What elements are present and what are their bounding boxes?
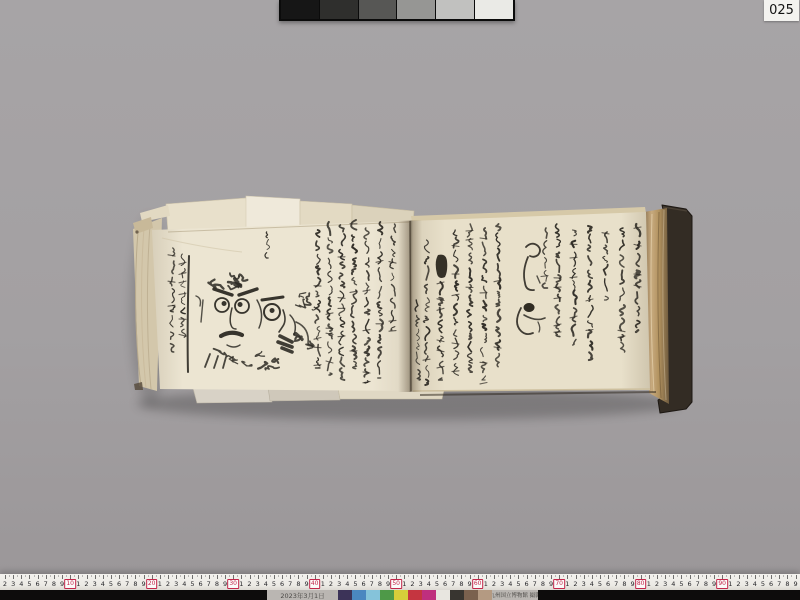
ruler-tick [172, 575, 173, 577]
ruler-tick [307, 575, 308, 579]
ruler-tick [771, 575, 772, 579]
ruler-tick [779, 575, 780, 579]
ruler-tick [347, 575, 348, 579]
ruler-tick [372, 575, 373, 579]
ruler-tick [433, 575, 434, 577]
ruler-tick [633, 575, 634, 579]
ruler-tick [160, 575, 161, 579]
ruler-number: 3 [337, 580, 341, 588]
ruler-number: 6 [443, 580, 447, 588]
ruler-decade-number: 40 [309, 579, 321, 589]
ruler-tick [217, 575, 218, 579]
ruler-tick [50, 575, 51, 577]
ruler-decade-number: 20 [146, 579, 158, 589]
ink-stroke [314, 347, 321, 348]
ruler-tick [343, 575, 344, 577]
ruler-tick [775, 575, 776, 577]
ruler-number: 3 [745, 580, 749, 588]
ruler-tick [46, 575, 47, 579]
color-patch [478, 590, 492, 600]
ruler-tick [87, 575, 88, 579]
color-patch [380, 590, 394, 600]
ruler-tick [274, 575, 275, 579]
ink-stroke [466, 231, 473, 232]
ruler-tick [417, 575, 418, 577]
photo-ruler: 2345678910123456789201234567893012345678… [0, 574, 800, 591]
ruler-tick [596, 575, 597, 577]
ruler-number: 1 [402, 580, 406, 588]
ruler-number: 4 [264, 580, 268, 588]
ruler-tick [645, 575, 646, 577]
ruler-tick [796, 575, 797, 579]
ruler-tick [571, 575, 572, 577]
ruler-tick [400, 575, 401, 577]
credit-label: 九州国立博物館 撮影 [492, 590, 538, 600]
ruler-tick [759, 575, 760, 577]
ruler-tick [66, 575, 67, 577]
ruler-tick [311, 575, 312, 577]
ruler-tick [474, 575, 475, 577]
ruler-number: 4 [19, 580, 23, 588]
ruler-number: 6 [688, 580, 692, 588]
ruler-number: 4 [345, 580, 349, 588]
color-patch [408, 590, 422, 600]
ruler-tick [734, 575, 735, 577]
ruler-tick [201, 575, 202, 579]
ruler-tick [95, 575, 96, 579]
ruler-number: 6 [362, 580, 366, 588]
ruler-tick [229, 575, 230, 577]
ruler-tick [490, 575, 491, 577]
ruler-tick [99, 575, 100, 577]
color-patch [366, 590, 380, 600]
ruler-tick [514, 575, 515, 577]
ruler-number: 1 [158, 580, 162, 588]
ruler-tick [74, 575, 75, 577]
ruler-tick [616, 575, 617, 579]
ruler-tick [718, 575, 719, 577]
ruler-number: 5 [109, 580, 113, 588]
ink-stroke [314, 365, 321, 366]
ruler-tick [384, 575, 385, 577]
ruler-tick [180, 575, 181, 577]
ruler-number: 7 [451, 580, 455, 588]
ruler-tick [286, 575, 287, 577]
ruler-tick [482, 575, 483, 577]
ruler-number: 3 [500, 580, 504, 588]
ruler-number: 7 [288, 580, 292, 588]
ruler-number: 3 [93, 580, 97, 588]
ruler-tick [368, 575, 369, 577]
ruler-number: 2 [166, 580, 170, 588]
ruler-tick [543, 575, 544, 579]
ruler-tick [649, 575, 650, 579]
ruler-tick [323, 575, 324, 579]
ruler-tick [17, 575, 18, 577]
ruler-tick [441, 575, 442, 577]
ruler-number: 9 [793, 580, 797, 588]
ruler-tick [539, 575, 540, 577]
ruler-tick [465, 575, 466, 577]
ruler-decade-number: 70 [553, 579, 565, 589]
ruler-tick [254, 575, 255, 577]
ruler-tick [298, 575, 299, 579]
ruler-tick [139, 575, 140, 577]
ruler-decade-number: 30 [227, 579, 239, 589]
right-page-shading [409, 212, 650, 391]
ruler-tick [290, 575, 291, 579]
ruler-tick [690, 575, 691, 579]
ruler-tick [103, 575, 104, 579]
ruler-tick [221, 575, 222, 577]
ruler-tick [547, 575, 548, 577]
ruler-number: 6 [606, 580, 610, 588]
ruler-tick [755, 575, 756, 579]
ruler-tick [518, 575, 519, 579]
ruler-tick [34, 575, 35, 577]
ruler-tick [82, 575, 83, 577]
ruler-tick [184, 575, 185, 579]
ruler-number: 1 [239, 580, 243, 588]
ruler-tick [706, 575, 707, 579]
ruler-tick [425, 575, 426, 577]
ruler-tick [710, 575, 711, 577]
ruler-tick [449, 575, 450, 577]
ruler-tick [168, 575, 169, 579]
ruler-tick [600, 575, 601, 579]
ruler-tick [787, 575, 788, 579]
ruler-tick [21, 575, 22, 579]
ruler-tick [376, 575, 377, 577]
ruler-tick [335, 575, 336, 577]
color-patch [450, 590, 464, 600]
ruler-tick [437, 575, 438, 579]
ruler-tick [486, 575, 487, 579]
ruler-tick [148, 575, 149, 577]
ruler-tick [612, 575, 613, 577]
ruler-tick [135, 575, 136, 579]
ruler-number: 6 [117, 580, 121, 588]
ruler-tick [494, 575, 495, 579]
ruler-number: 6 [769, 580, 773, 588]
ruler-number: 4 [753, 580, 757, 588]
ruler-tick [555, 575, 556, 577]
ruler-tick [331, 575, 332, 579]
ruler-tick [751, 575, 752, 577]
ruler-tick [592, 575, 593, 579]
ruler-tick [241, 575, 242, 579]
ruler-tick [360, 575, 361, 577]
ink-stroke [436, 255, 448, 278]
ruler-tick [726, 575, 727, 577]
ruler-tick [510, 575, 511, 579]
ruler-number: 3 [419, 580, 423, 588]
ruler-tick [192, 575, 193, 579]
ruler-tick [237, 575, 238, 577]
ruler-tick [523, 575, 524, 577]
ruler-number: 8 [378, 580, 382, 588]
ruler-number: 8 [704, 580, 708, 588]
ruler-tick [266, 575, 267, 579]
ruler-tick [119, 575, 120, 579]
ruler-number: 8 [133, 580, 137, 588]
ruler-tick [608, 575, 609, 579]
ruler-tick [408, 575, 409, 577]
ruler-tick [653, 575, 654, 577]
ruler-tick [111, 575, 112, 579]
ruler-number: 4 [671, 580, 675, 588]
ruler-number: 2 [736, 580, 740, 588]
ruler-number: 3 [174, 580, 178, 588]
ruler-tick [107, 575, 108, 577]
ruler-tick [25, 575, 26, 577]
ruler-number: 7 [614, 580, 618, 588]
ruler-tick [498, 575, 499, 577]
ruler-number: 2 [329, 580, 333, 588]
ruler-number: 5 [272, 580, 276, 588]
ruler-number: 3 [256, 580, 260, 588]
ruler-number: 1 [728, 580, 732, 588]
ruler-tick [339, 575, 340, 579]
ruler-number: 2 [573, 580, 577, 588]
ruler-number: 8 [52, 580, 56, 588]
ruler-number: 3 [582, 580, 586, 588]
ruler-number: 7 [125, 580, 129, 588]
ruler-tick [380, 575, 381, 579]
ink-stroke [238, 302, 243, 307]
ruler-number: 6 [199, 580, 203, 588]
ruler-tick [388, 575, 389, 579]
ruler-number: 7 [370, 580, 374, 588]
ruler-number: 6 [525, 580, 529, 588]
ruler-number: 8 [541, 580, 545, 588]
ruler-number: 7 [533, 580, 537, 588]
ruler-tick [258, 575, 259, 579]
ink-stroke [270, 308, 275, 313]
ruler-tick [702, 575, 703, 577]
ruler-tick [38, 575, 39, 579]
ruler-tick [9, 575, 10, 577]
ruler-number: 1 [321, 580, 325, 588]
ink-stroke [222, 301, 227, 306]
ruler-tick [580, 575, 581, 577]
ink-stroke [524, 303, 535, 312]
ruler-tick [783, 575, 784, 577]
ruler-tick [461, 575, 462, 579]
ruler-tick [392, 575, 393, 577]
ruler-tick [127, 575, 128, 579]
ruler-number: 2 [410, 580, 414, 588]
ruler-number: 4 [590, 580, 594, 588]
ruler-number: 1 [76, 580, 80, 588]
bottom-annotation-bar: 2023年3月1日 九州国立博物館 撮影 [0, 590, 800, 600]
ruler-tick [747, 575, 748, 579]
ruler-number: 5 [598, 580, 602, 588]
ruler-tick [604, 575, 605, 577]
ruler-number: 1 [484, 580, 488, 588]
ruler-tick [429, 575, 430, 579]
ruler-tick [197, 575, 198, 577]
ruler-decade-number: 10 [64, 579, 76, 589]
ruler-number: 4 [101, 580, 105, 588]
ruler-tick [739, 575, 740, 579]
ruler-tick [262, 575, 263, 577]
color-patch [422, 590, 436, 600]
ruler-tick [588, 575, 589, 577]
ruler-number: 6 [36, 580, 40, 588]
ruler-tick [661, 575, 662, 577]
color-patch [338, 590, 352, 600]
ruler-tick [673, 575, 674, 579]
ruler-tick [123, 575, 124, 577]
ruler-number: 5 [353, 580, 357, 588]
ruler-tick [563, 575, 564, 577]
ruler-tick [527, 575, 528, 579]
ruler-tick [457, 575, 458, 577]
ruler-tick [620, 575, 621, 577]
ruler-tick [791, 575, 792, 577]
ruler-number: 7 [777, 580, 781, 588]
ruler-tick [225, 575, 226, 579]
ruler-number: 1 [647, 580, 651, 588]
ruler-number: 3 [11, 580, 15, 588]
ruler-number: 4 [427, 580, 431, 588]
ruler-tick [453, 575, 454, 579]
ruler-number: 7 [696, 580, 700, 588]
ink-stroke [338, 298, 345, 299]
ruler-tick [58, 575, 59, 577]
ruler-number: 5 [435, 580, 439, 588]
ruler-tick [176, 575, 177, 579]
ruler-tick [5, 575, 6, 579]
ruler-tick [42, 575, 43, 577]
ruler-tick [584, 575, 585, 579]
ruler-tick [567, 575, 568, 579]
ruler-tick [188, 575, 189, 577]
ruler-tick [164, 575, 165, 577]
ruler-number: 8 [785, 580, 789, 588]
ruler-tick [576, 575, 577, 579]
ink-stroke [636, 330, 638, 332]
ruler-tick [743, 575, 744, 577]
ruler-tick [694, 575, 695, 577]
ruler-tick [364, 575, 365, 579]
ruler-number: 2 [492, 580, 496, 588]
ruler-number: 8 [622, 580, 626, 588]
ruler-tick [551, 575, 552, 579]
ruler-number: 4 [508, 580, 512, 588]
ruler-number: 2 [3, 580, 7, 588]
ruler-tick [327, 575, 328, 577]
notebook [0, 0, 800, 600]
ruler-number: 8 [296, 580, 300, 588]
color-patch [394, 590, 408, 600]
ruler-number: 3 [663, 580, 667, 588]
ruler-number: 2 [247, 580, 251, 588]
ruler-tick [156, 575, 157, 577]
ruler-tick [628, 575, 629, 577]
ruler-tick [302, 575, 303, 577]
color-calibration-strip [338, 590, 492, 600]
ruler-tick [413, 575, 414, 579]
ruler-decade-number: 90 [716, 579, 728, 589]
ruler-tick [209, 575, 210, 579]
ruler-decade-number: 60 [472, 579, 484, 589]
ruler-tick [29, 575, 30, 579]
color-patch [464, 590, 478, 600]
ruler-number: 1 [565, 580, 569, 588]
ruler-tick [502, 575, 503, 579]
left-page-shading [152, 221, 411, 391]
ruler-number: 4 [182, 580, 186, 588]
ruler-tick [531, 575, 532, 577]
ruler-tick [624, 575, 625, 579]
ruler-number: 5 [516, 580, 520, 588]
ruler-number: 7 [44, 580, 48, 588]
ruler-tick [319, 575, 320, 577]
ruler-number: 8 [215, 580, 219, 588]
ruler-tick [470, 575, 471, 579]
ruler-tick [351, 575, 352, 577]
ruler-tick [763, 575, 764, 579]
ruler-tick [213, 575, 214, 577]
ruler-tick [637, 575, 638, 577]
ruler-number: 5 [190, 580, 194, 588]
ruler-tick [535, 575, 536, 579]
ruler-tick [355, 575, 356, 579]
ruler-tick [131, 575, 132, 577]
ruler-decade-number: 50 [390, 579, 402, 589]
ruler-tick [404, 575, 405, 579]
ruler-tick [245, 575, 246, 577]
ink-stroke [272, 358, 278, 363]
ruler-tick [698, 575, 699, 579]
ruler-number: 2 [655, 580, 659, 588]
ruler-tick [665, 575, 666, 579]
ruler-tick [681, 575, 682, 579]
ruler-number: 8 [459, 580, 463, 588]
ink-stroke [570, 257, 577, 258]
ruler-tick [13, 575, 14, 579]
ruler-tick [445, 575, 446, 579]
ruler-tick [669, 575, 670, 577]
ruler-tick [205, 575, 206, 577]
color-patch [436, 590, 450, 600]
ruler-tick [115, 575, 116, 577]
ruler-tick [78, 575, 79, 579]
ruler-tick [506, 575, 507, 577]
ruler-tick [282, 575, 283, 579]
ruler-tick [91, 575, 92, 577]
ruler-tick [250, 575, 251, 579]
ruler-decade-number: 80 [635, 579, 647, 589]
ruler-tick [278, 575, 279, 577]
ruler-number: 7 [207, 580, 211, 588]
ruler-tick [657, 575, 658, 579]
ruler-tick [54, 575, 55, 579]
ruler-tick [767, 575, 768, 577]
ruler-number: 5 [679, 580, 683, 588]
ruler-number: 2 [84, 580, 88, 588]
ruler-tick [270, 575, 271, 577]
ruler-number: 6 [280, 580, 284, 588]
ruler-tick [677, 575, 678, 577]
ruler-tick [144, 575, 145, 579]
ruler-tick [686, 575, 687, 577]
date-label: 2023年3月1日 [267, 590, 338, 600]
ruler-tick [730, 575, 731, 579]
ruler-tick [714, 575, 715, 579]
